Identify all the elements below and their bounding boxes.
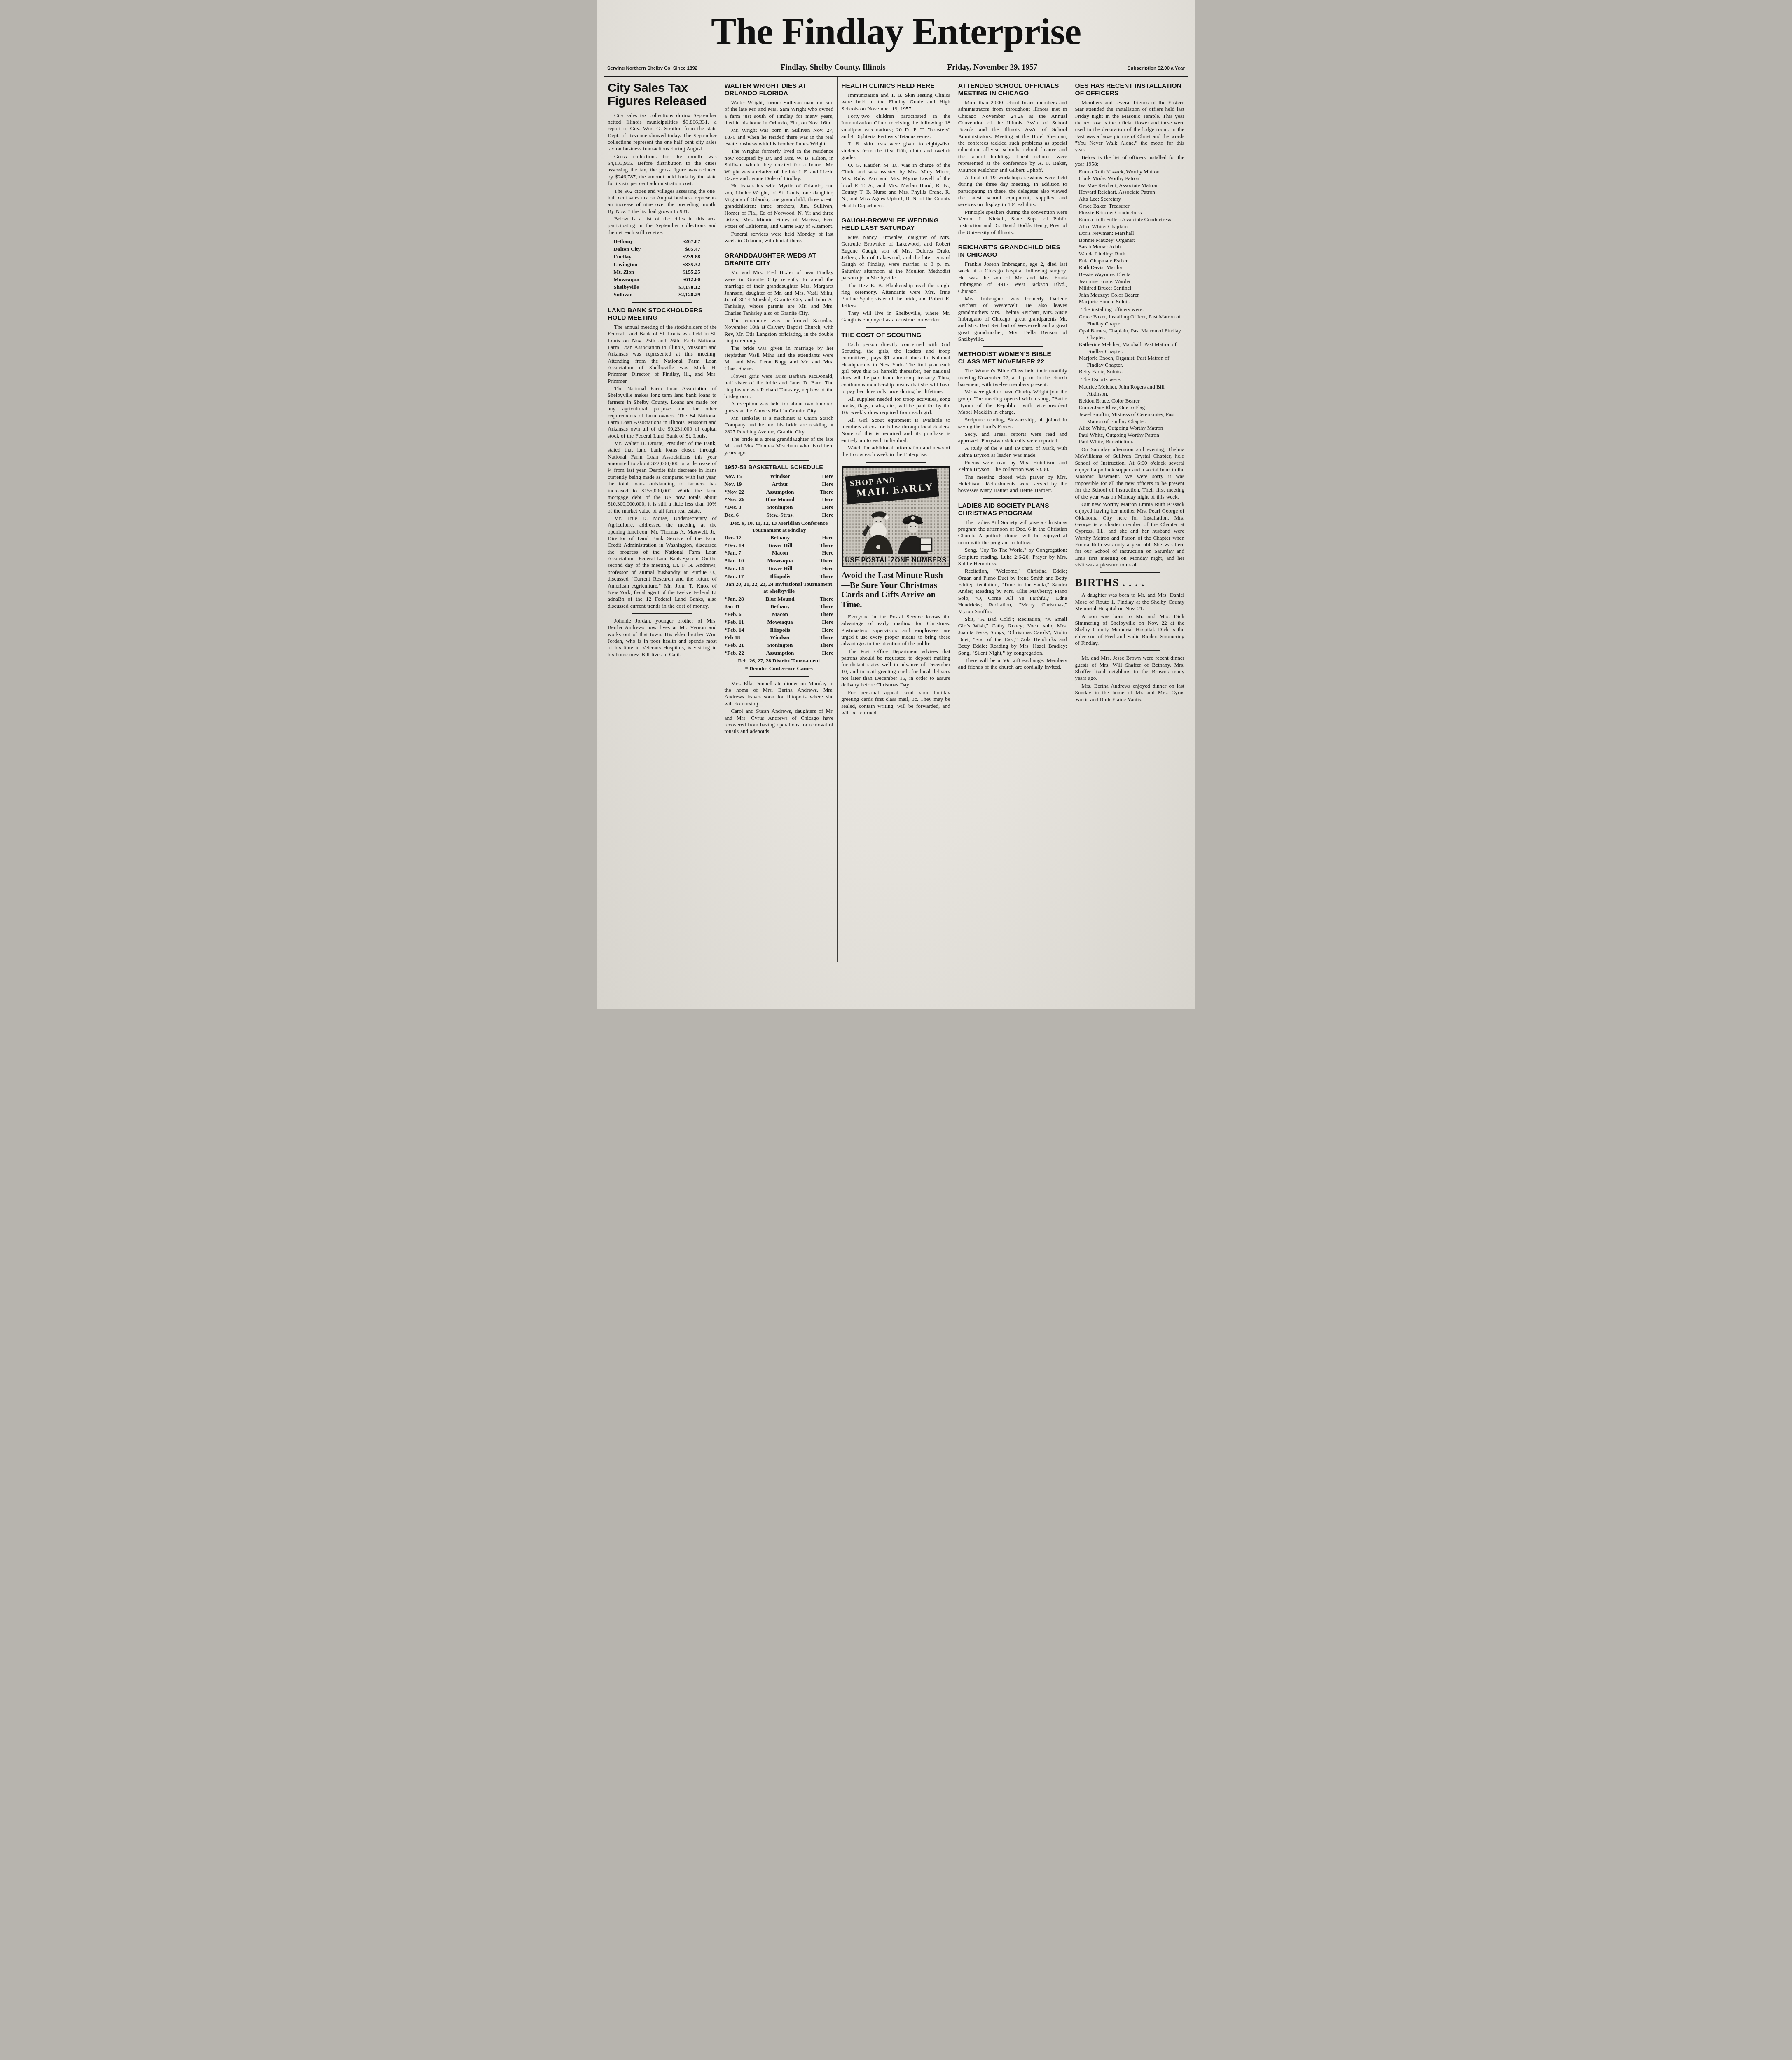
city-amount: $267.87	[659, 238, 700, 245]
story-divider	[749, 460, 809, 461]
officer-item: Alice White, Outgoing Worthy Matron	[1075, 425, 1184, 432]
schedule-date: *Feb. 22	[725, 649, 754, 657]
paragraph: The meeting closed with prayer by Mrs. H…	[958, 474, 1067, 494]
story-divider	[1100, 650, 1160, 651]
schedule-opponent: Bethany	[754, 534, 806, 542]
paragraph: City sales tax collections during Septem…	[608, 112, 717, 152]
schedule-opponent: Stew.-Stras.	[754, 511, 806, 519]
schedule-row: *Feb. 14IlliopolisHere	[725, 626, 834, 634]
paragraph: Scripture reading, Stewardship, all join…	[958, 417, 1067, 430]
schedule-opponent: Arthur	[754, 480, 806, 488]
story-headline: REICHART'S GRANDCHILD DIES IN CHICAGO	[958, 244, 1067, 259]
santa-icon	[862, 511, 893, 554]
schedule-row: Dec. 6Stew.-Stras.Here	[725, 511, 834, 519]
officer-item: Betty Eadie, Soloist.	[1075, 368, 1184, 375]
city-amount: $2,128.29	[659, 291, 700, 298]
officer-item: Grace Baker: Treasurer	[1075, 203, 1184, 210]
schedule-site: There	[806, 603, 833, 611]
paragraph: The Rev E. B. Blankenship read the singl…	[841, 282, 950, 309]
paragraph: Carol and Susan Andrews, daughters of Mr…	[725, 708, 834, 735]
officer-item: Maurice Melcher, John Rogers and Bill At…	[1075, 384, 1184, 397]
column-4: ATTENDED SCHOOL OFFICIALS MEETING IN CHI…	[954, 77, 1071, 962]
paragraph: The National Farm Loan Association of Sh…	[608, 385, 717, 439]
schedule-date: *Feb. 11	[725, 618, 754, 626]
schedule-date: Feb 18	[725, 634, 754, 641]
story-headline: GAUGH-BROWNLEE WEDDING HELD LAST SATURDA…	[841, 217, 950, 232]
paragraph: Members and several friends of the Easte…	[1075, 99, 1184, 153]
story-headline: ATTENDED SCHOOL OFFICIALS MEETING IN CHI…	[958, 82, 1067, 97]
officer-item: Bessie Waymire: Electa	[1075, 271, 1184, 278]
officer-item: Paul White, Benediction.	[1075, 438, 1184, 445]
story-headline: City Sales Tax Figures Released	[608, 82, 717, 108]
schedule-site: There	[806, 595, 833, 603]
paragraph: Mrs. Ella Donnell ate dinner on Monday i…	[725, 680, 834, 707]
schedule-opponent: Assumption	[754, 488, 806, 496]
schedule-date: *Feb. 6	[725, 611, 754, 618]
column-2: WALTER WRIGHT DIES AT ORLANDO FLORIDAWal…	[721, 77, 838, 962]
schedule-site: Here	[806, 618, 833, 626]
officer-list: Grace Baker, Installing Officer, Past Ma…	[1075, 314, 1184, 375]
paragraph: T. B. skin tests were given to eighty-fi…	[841, 140, 950, 161]
officer-item: Sarah Morse: Adah	[1075, 243, 1184, 250]
city-name: Moweaqua	[608, 276, 659, 283]
paragraph: Flower girls were Miss Barbara McDonald,…	[725, 373, 834, 400]
paragraph: Sec'y. and Treas. reports were read and …	[958, 431, 1067, 445]
paragraph: Below is the list of officers installed …	[1075, 154, 1184, 168]
column-5: OES HAS RECENT INSTALLATION OF OFFICERSM…	[1071, 77, 1188, 962]
city-tax-row: Findlay$239.88	[608, 253, 717, 260]
schedule-row: *Feb. 21StoningtonThere	[725, 641, 834, 649]
city-name: Mt. Zion	[608, 268, 659, 276]
story-headline: HEALTH CLINICS HELD HERE	[841, 82, 950, 90]
columns: City Sales Tax Figures ReleasedCity sale…	[604, 77, 1188, 962]
officer-item: Jeannine Bruce: Warder	[1075, 278, 1184, 285]
schedule-site: Here	[806, 473, 833, 480]
paragraph: Johnnie Jordan, younger brother of Mrs. …	[608, 618, 717, 658]
paragraph: Skit, "A Bad Cold"; Recitation, "A Small…	[958, 616, 1067, 656]
schedule-row: *Feb. 6MaconThere	[725, 611, 834, 618]
officer-item: Clark Mode: Worthy Patron	[1075, 175, 1184, 182]
schedule-site: Here	[806, 511, 833, 519]
paragraph: The installing officers were:	[1075, 306, 1184, 313]
schedule-row: Nov. 15WindsorHere	[725, 473, 834, 480]
story-headline: THE COST OF SCOUTING	[841, 332, 950, 339]
paragraph: Miss Nancy Brownlee, daughter of Mrs. Ge…	[841, 234, 950, 281]
schedule-opponent: Macon	[754, 549, 806, 557]
city-name: Lovington	[608, 261, 659, 268]
schedule-date: *Jan. 14	[725, 565, 754, 573]
paragraph: The bride is a great-granddaughter of th…	[725, 436, 834, 456]
paragraph: Our new Worthy Matron Emma Ruth Kissack …	[1075, 501, 1184, 569]
officer-item: Alta Lee: Secretary	[1075, 196, 1184, 203]
schedule-opponent: Moweaqua	[754, 618, 806, 626]
paragraph: Recitation, "Welcome," Christina Eddie; …	[958, 568, 1067, 615]
paragraph: Mr. Tanksley is a machinist at Union Sta…	[725, 415, 834, 435]
schedule-date: *Jan. 10	[725, 557, 754, 565]
paragraph: A son was born to Mr. and Mrs. Dick Simm…	[1075, 613, 1184, 647]
officer-item: Emma Ruth Kissack, Worthy Matron	[1075, 169, 1184, 176]
schedule-date: Nov. 19	[725, 480, 754, 488]
schedule-site: There	[806, 542, 833, 550]
schedule-row: *Nov. 22AssumptionThere	[725, 488, 834, 496]
schedule-site: Here	[806, 480, 833, 488]
schedule-date: Jan 31	[725, 603, 754, 611]
schedule-site: There	[806, 573, 833, 581]
schedule-opponent: Blue Mound	[754, 496, 806, 503]
dateline-tagline: Serving Northern Shelby Co. Since 1892	[607, 66, 746, 71]
paragraph: Mr. Walter H. Droste, President of the B…	[608, 440, 717, 514]
paragraph: All supplies needed for troop activities…	[841, 396, 950, 416]
paragraph: Below is a list of the cities in this ar…	[608, 215, 717, 236]
schedule-row: *Dec. 3StoningtonHere	[725, 503, 834, 511]
officer-item: Iva Mae Reichart, Associate Matron	[1075, 182, 1184, 189]
paragraph: The Wrights formerly lived in the reside…	[725, 148, 834, 182]
paragraph: For personal appeal send your holiday gr…	[841, 689, 950, 716]
schedule-note: * Denotes Conference Games	[725, 665, 834, 672]
city-amount: $612.60	[659, 276, 700, 283]
schedule-opponent: Illiopolis	[754, 573, 806, 581]
officer-item: Opal Barnes, Chaplain, Past Matron of Fi…	[1075, 328, 1184, 341]
paragraph: On Saturday afternoon and evening, Thelm…	[1075, 446, 1184, 500]
schedule-opponent: Windsor	[754, 473, 806, 480]
schedule-site: Here	[806, 549, 833, 557]
city-name: Shelbyville	[608, 283, 659, 291]
officer-item: Katherine Melcher, Marshall, Past Matron…	[1075, 341, 1184, 355]
paragraph: The bride was given in marriage by her s…	[725, 345, 834, 372]
paragraph: Poems were read by Mrs. Hutchison and Ze…	[958, 459, 1067, 473]
schedule-row: Feb 18WindsorThere	[725, 634, 834, 641]
paragraph: A total of 19 workshops sessions were he…	[958, 174, 1067, 208]
schedule-opponent: Bethany	[754, 603, 806, 611]
schedule-date: Dec. 17	[725, 534, 754, 542]
schedule-opponent: Stonington	[754, 503, 806, 511]
city-tax-row: Sullivan$2,128.29	[608, 291, 717, 298]
paragraph: Everyone in the Postal Service knows the…	[841, 613, 950, 647]
paragraph: Frankie Joseph Imbragano, age 2, died la…	[958, 261, 1067, 295]
schedule-row: *Jan. 10MoweaquaThere	[725, 557, 834, 565]
schedule-site: There	[806, 611, 833, 618]
dateline-date: Friday, November 29, 1957	[920, 63, 1064, 72]
city-amount: $85.47	[659, 246, 700, 253]
schedule-row: *Dec. 19Tower HillThere	[725, 542, 834, 550]
city-name: Dalton City	[608, 246, 659, 253]
paragraph: They will live in Shelbyville, where Mr.…	[841, 310, 950, 323]
paragraph: Mr. and Mrs. Fred Bixler of near Findlay…	[725, 269, 834, 316]
shop-mail-early-ad: SHOP ANDMAIL EARLYUSE POSTAL ZONE NUMBER…	[842, 466, 950, 567]
paragraph: Song, "Joy To The World," by Congregatio…	[958, 547, 1067, 567]
story-headline: Avoid the Last Minute Rush—Be Sure Your …	[841, 571, 950, 610]
paragraph: All Girl Scout equipment is available to…	[841, 417, 950, 444]
city-amount: $155.25	[659, 268, 700, 276]
story-headline: LAND BANK STOCKHOLDERS HOLD MEETING	[608, 307, 717, 322]
officer-item: Marjorie Enoch: Soloist	[1075, 298, 1184, 305]
story-divider	[866, 462, 926, 463]
column-3: HEALTH CLINICS HELD HEREImmunization and…	[838, 77, 954, 962]
officer-item: Wanda Lindley: Ruth	[1075, 250, 1184, 257]
schedule-opponent: Tower Hill	[754, 542, 806, 550]
paragraph: Mr. Wright was born in Sullivan Nov. 27,…	[725, 127, 834, 147]
schedule-row: *Jan. 17IlliopolisThere	[725, 573, 834, 581]
schedule-site: There	[806, 641, 833, 649]
paragraph: The Ladies Aid Society will give a Chris…	[958, 519, 1067, 546]
schedule-site: Here	[806, 503, 833, 511]
story-divider	[1100, 572, 1160, 573]
schedule-date: Nov. 15	[725, 473, 754, 480]
story-headline: BIRTHS . . . .	[1075, 576, 1184, 589]
schedule-note: Dec. 9, 10, 11, 12, 13 Meridian Conferen…	[725, 520, 834, 534]
schedule-row: *Jan. 28Blue MoundThere	[725, 595, 834, 603]
schedule-date: *Jan. 28	[725, 595, 754, 603]
schedule-row: Dec. 17BethanyHere	[725, 534, 834, 542]
schedule-row: *Feb. 11MoweaquaHere	[725, 618, 834, 626]
city-tax-row: Bethany$267.87	[608, 238, 717, 245]
paragraph: More than 2,000 school board members and…	[958, 99, 1067, 173]
schedule-row: *Feb. 22AssumptionHere	[725, 649, 834, 657]
story-divider	[632, 302, 692, 303]
paragraph: Watch for additional information and new…	[841, 445, 950, 458]
officer-item: Jewel Snuffin, Mistress of Ceremonies, P…	[1075, 411, 1184, 425]
officer-item: Marjorie Enoch, Organist, Past Matron of…	[1075, 355, 1184, 368]
schedule-note: Jan 20, 21, 22, 23, 24 Invitational Tour…	[725, 581, 834, 595]
officer-item: Flossie Briscoe: Conductress	[1075, 209, 1184, 216]
story-headline: LADIES AID SOCIETY PLANS CHRISTMAS PROGR…	[958, 502, 1067, 517]
newspaper-page: The Findlay Enterprise Serving Northern …	[597, 0, 1195, 1009]
paragraph: Immunization and T. B. Skin-Testing Clin…	[841, 92, 950, 112]
story-divider	[866, 213, 926, 213]
schedule-date: *Dec. 3	[725, 503, 754, 511]
city-amount: $335.32	[659, 261, 700, 268]
dateline-bar: Serving Northern Shelby Co. Since 1892 F…	[604, 59, 1188, 77]
basketball-schedule: 1957-58 BASKETBALL SCHEDULENov. 15Windso…	[725, 464, 834, 672]
officer-item: Ruth Davis: Martha	[1075, 264, 1184, 271]
schedule-title: 1957-58 BASKETBALL SCHEDULE	[725, 464, 834, 471]
officer-item: John Mauzey: Color Bearer	[1075, 292, 1184, 299]
officer-item: Doris Newman: Marshall	[1075, 230, 1184, 237]
schedule-row: Jan 31BethanyThere	[725, 603, 834, 611]
schedule-site: Here	[806, 626, 833, 634]
paragraph: Walter Wright, former Sullivan man and s…	[725, 99, 834, 126]
schedule-date: *Feb. 21	[725, 641, 754, 649]
story-divider	[983, 498, 1043, 499]
city-tax-row: Lovington$335.32	[608, 261, 717, 268]
paragraph: The annual meeting of the stockholders o…	[608, 324, 717, 384]
schedule-date: *Dec. 19	[725, 542, 754, 550]
city-tax-row: Moweaqua$612.60	[608, 276, 717, 283]
story-divider	[866, 327, 926, 328]
newspaper-title: The Findlay Enterprise	[604, 0, 1188, 54]
paragraph: A daughter was born to Mr. and Mrs. Dani…	[1075, 592, 1184, 612]
schedule-site: There	[806, 634, 833, 641]
officer-item: Emma Ruth Fuller: Associate Conductress	[1075, 216, 1184, 223]
schedule-opponent: Macon	[754, 611, 806, 618]
schedule-row: *Jan. 14Tower HillHere	[725, 565, 834, 573]
schedule-site: Here	[806, 649, 833, 657]
schedule-opponent: Illiopolis	[754, 626, 806, 634]
officer-item: Eula Chapman: Esther	[1075, 257, 1184, 265]
postman-icon	[898, 515, 932, 554]
story-headline: WALTER WRIGHT DIES AT ORLANDO FLORIDA	[725, 82, 834, 97]
officer-item: Howard Reichart, Associate Patron	[1075, 189, 1184, 196]
paragraph: We were glad to have Charity Wright join…	[958, 389, 1067, 415]
schedule-site: Here	[806, 534, 833, 542]
schedule-row: *Jan. 7MaconHere	[725, 549, 834, 557]
paragraph: O. G. Kauder, M. D., was in charge of th…	[841, 162, 950, 209]
story-headline: OES HAS RECENT INSTALLATION OF OFFICERS	[1075, 82, 1184, 97]
paragraph: Mr. True D. Morse, Undersecretary of Agr…	[608, 515, 717, 609]
paragraph: A reception was held for about two hundr…	[725, 400, 834, 414]
schedule-date: *Jan. 7	[725, 549, 754, 557]
city-tax-table: Bethany$267.87Dalton City$85.47Findlay$2…	[608, 238, 717, 299]
schedule-date: *Nov. 26	[725, 496, 754, 503]
story-divider	[632, 613, 692, 614]
schedule-date: Dec. 6	[725, 511, 754, 519]
schedule-opponent: Blue Mound	[754, 595, 806, 603]
paragraph: Mrs. Bertha Andrews enjoyed dinner on la…	[1075, 683, 1184, 703]
ad-caption: USE POSTAL ZONE NUMBERS	[843, 557, 949, 564]
city-tax-row: Mt. Zion$155.25	[608, 268, 717, 276]
schedule-site: Here	[806, 496, 833, 503]
officer-item: Alice White: Chaplain	[1075, 223, 1184, 230]
city-name: Sullivan	[608, 291, 659, 298]
paragraph: Principle speakers during the convention…	[958, 209, 1067, 236]
paragraph: The Post Office Department advises that …	[841, 648, 950, 688]
schedule-date: *Jan. 17	[725, 573, 754, 581]
schedule-note: Feb. 26, 27, 28 District Tournament	[725, 657, 834, 664]
paragraph: Gross collections for the month was $4,1…	[608, 153, 717, 187]
city-amount: $239.88	[659, 253, 700, 260]
schedule-date: *Feb. 14	[725, 626, 754, 634]
schedule-site: There	[806, 488, 833, 496]
dateline-subscription: Subscription $2.00 a Year	[1069, 66, 1185, 71]
officer-item: Grace Baker, Installing Officer, Past Ma…	[1075, 314, 1184, 327]
schedule-row: Nov. 19ArthurHere	[725, 480, 834, 488]
paragraph: There will be a 50c gift exchange. Membe…	[958, 657, 1067, 671]
city-tax-row: Dalton City$85.47	[608, 246, 717, 253]
paragraph: Funeral services were held Monday of las…	[725, 231, 834, 244]
schedule-opponent: Windsor	[754, 634, 806, 641]
schedule-site: Here	[806, 565, 833, 573]
paragraph: The Women's Bible Class held their month…	[958, 368, 1067, 388]
schedule-date: *Nov. 22	[725, 488, 754, 496]
officer-item: Bonnie Mauzey: Organist	[1075, 237, 1184, 244]
city-tax-row: Shelbyville$3,178.12	[608, 283, 717, 291]
officer-item: Paul White, Outgoing Worthy Patron	[1075, 432, 1184, 439]
city-name: Findlay	[608, 253, 659, 260]
schedule-opponent: Stonington	[754, 641, 806, 649]
officer-item: Beldon Bruce, Color Bearer	[1075, 398, 1184, 405]
story-divider	[983, 239, 1043, 240]
officer-list: Emma Ruth Kissack, Worthy MatronClark Mo…	[1075, 169, 1184, 306]
officer-list: Maurice Melcher, John Rogers and Bill At…	[1075, 384, 1184, 445]
dateline-location: Findlay, Shelby County, Illinois	[750, 63, 916, 72]
santa-postman-illustration	[849, 505, 942, 554]
paragraph: Forty-two children participated in the I…	[841, 113, 950, 140]
schedule-opponent: Tower Hill	[754, 565, 806, 573]
story-headline: METHODIST WOMEN'S BIBLE CLASS MET NOVEMB…	[958, 351, 1067, 365]
story-divider	[983, 346, 1043, 347]
officer-item: Mildred Bruce: Sentinel	[1075, 285, 1184, 292]
schedule-opponent: Assumption	[754, 649, 806, 657]
schedule-opponent: Moweaqua	[754, 557, 806, 565]
paragraph: He leaves his wife Myrtle of Orlando, on…	[725, 183, 834, 230]
schedule-row: *Nov. 26Blue MoundHere	[725, 496, 834, 503]
officer-item: Emma Jane Rhea, Ode to Flag	[1075, 404, 1184, 411]
paragraph: The 962 cities and villages assessing th…	[608, 188, 717, 215]
paragraph: The ceremony was performed Saturday, Nov…	[725, 317, 834, 344]
paragraph: A study of the 9 and 19 chap. of Mark, w…	[958, 445, 1067, 459]
schedule-site: There	[806, 557, 833, 565]
paragraph: The Escorts were:	[1075, 376, 1184, 383]
city-name: Bethany	[608, 238, 659, 245]
paragraph: Mrs. Imbragano was formerly Darlene Reic…	[958, 295, 1067, 343]
column-1: City Sales Tax Figures ReleasedCity sale…	[604, 77, 721, 962]
story-headline: GRANDDAUGHTER WEDS AT GRANITE CITY	[725, 252, 834, 267]
ad-illustration	[843, 505, 949, 556]
story-divider	[749, 676, 809, 677]
ad-banner: SHOP ANDMAIL EARLY	[845, 468, 939, 504]
paragraph: Each person directly concerned with Girl…	[841, 341, 950, 395]
paragraph: Mr. and Mrs. Jesse Brown were recent din…	[1075, 655, 1184, 681]
city-amount: $3,178.12	[659, 283, 700, 291]
story-divider	[749, 248, 809, 248]
